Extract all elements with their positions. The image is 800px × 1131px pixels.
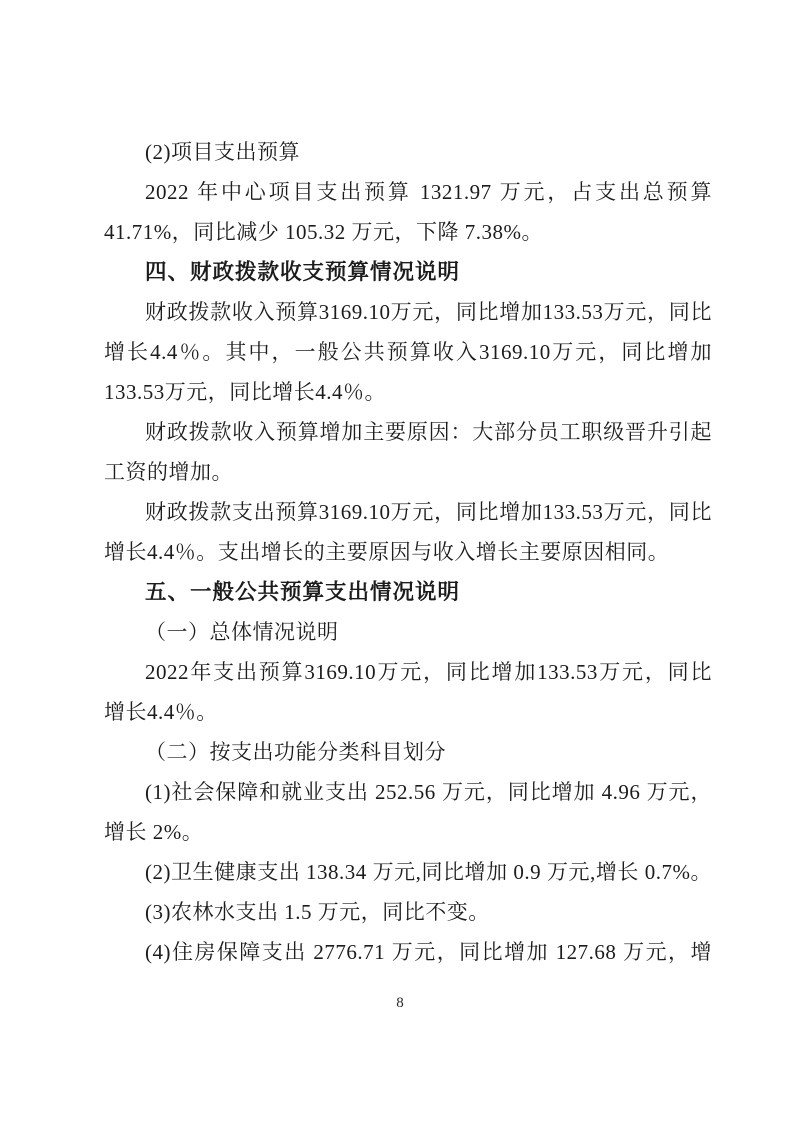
paragraph-line: (2)项目支出预算 — [104, 132, 712, 172]
section-heading-public-budget-expenditure: 五、一般公共预算支出情况说明 — [104, 572, 712, 612]
subsection-heading-by-function: （二）按支出功能分类科目划分 — [104, 732, 712, 772]
paragraph-line: 2022年支出预算3169.10万元，同比增加133.53万元，同比 — [104, 652, 712, 692]
paragraph-line: 财政拨款收入预算增加主要原因：大部分员工职级晋升引起 — [104, 412, 712, 452]
paragraph-line: (4)住房保障支出 2776.71 万元，同比增加 127.68 万元，增 — [104, 932, 712, 972]
paragraph-line: 133.53万元，同比增长4.4％。 — [104, 372, 712, 412]
paragraph-line: 增长4.4％。其中，一般公共预算收入3169.10万元，同比增加 — [104, 332, 712, 372]
document-page: (2)项目支出预算 2022 年中心项目支出预算 1321.97 万元，占支出总… — [0, 0, 800, 1131]
paragraph-line: 增长4.4％。支出增长的主要原因与收入增长主要原因相同。 — [104, 532, 712, 572]
page-number: 8 — [0, 988, 800, 1018]
paragraph-line: 增长4.4％。 — [104, 692, 712, 732]
paragraph-line: (1)社会保障和就业支出 252.56 万元，同比增加 4.96 万元， — [104, 772, 712, 812]
section-heading-fiscal-appropriation: 四、财政拨款收支预算情况说明 — [104, 252, 712, 292]
paragraph-line: (3)农林水支出 1.5 万元，同比不变。 — [104, 892, 712, 932]
paragraph-line: 工资的增加。 — [104, 452, 712, 492]
paragraph-line: 41.71%，同比减少 105.32 万元，下降 7.38%。 — [104, 212, 712, 252]
paragraph-line: 2022 年中心项目支出预算 1321.97 万元，占支出总预算 — [104, 172, 712, 212]
paragraph-line: 财政拨款收入预算3169.10万元，同比增加133.53万元，同比 — [104, 292, 712, 332]
paragraph-line: 财政拨款支出预算3169.10万元，同比增加133.53万元，同比 — [104, 492, 712, 532]
subsection-heading-overall: （一）总体情况说明 — [104, 612, 712, 652]
document-body: (2)项目支出预算 2022 年中心项目支出预算 1321.97 万元，占支出总… — [104, 132, 712, 972]
paragraph-line: 增长 2%。 — [104, 812, 712, 852]
paragraph-line: (2)卫生健康支出 138.34 万元,同比增加 0.9 万元,增长 0.7%。 — [104, 852, 712, 892]
